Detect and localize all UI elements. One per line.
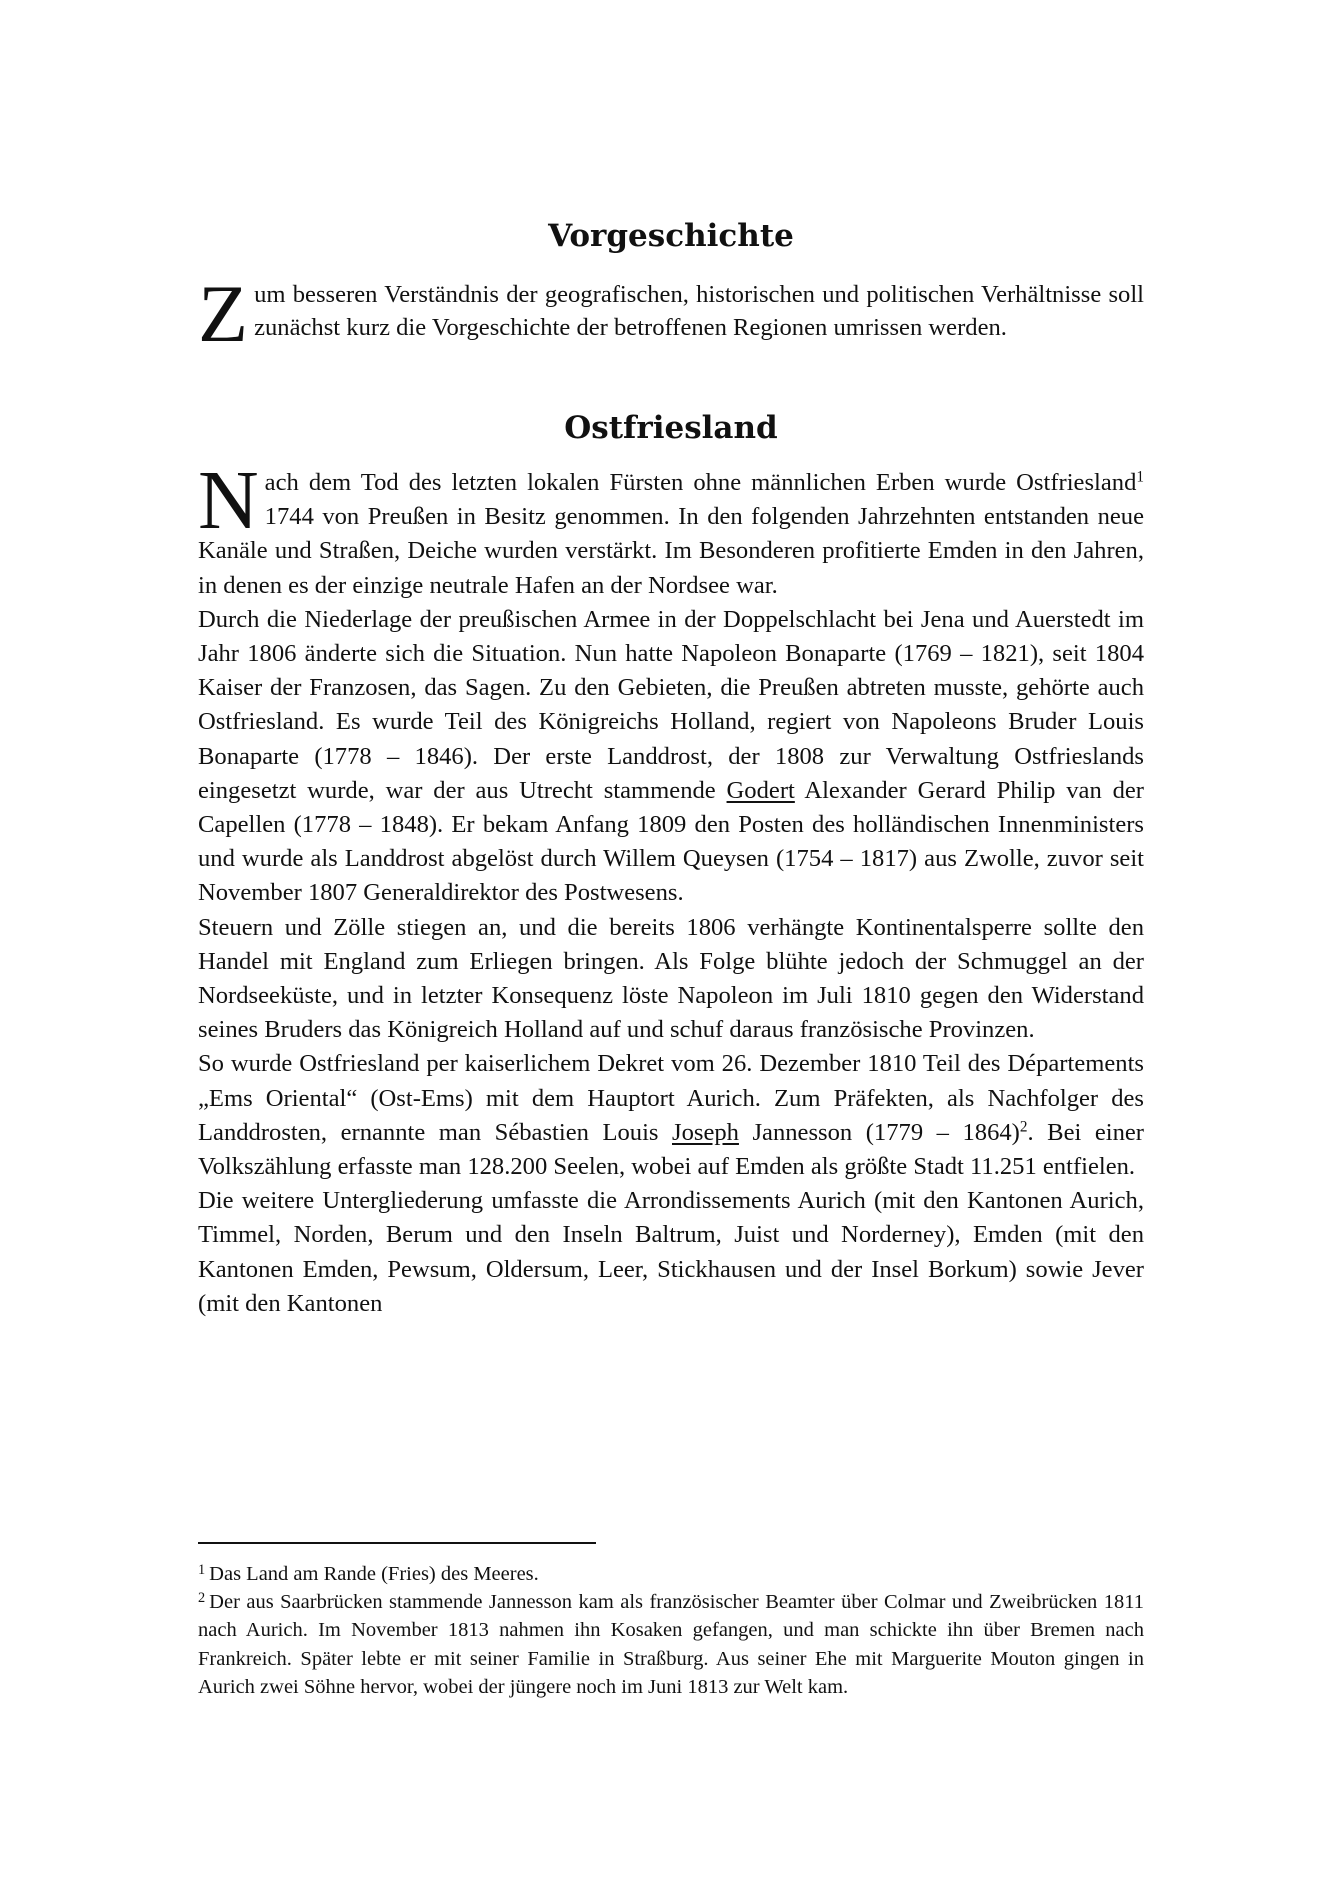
paragraph-2: Durch die Niederlage der preußischen Arm… [198, 603, 1144, 911]
section-heading-ostfriesland: Ostfriesland [198, 408, 1144, 448]
paragraph-text: ach dem Tod des letzten lokalen Fürsten … [265, 469, 1137, 496]
footnotes: 1Das Land am Rande (Fries) des Meeres. 2… [198, 1560, 1144, 1701]
paragraph-text: Durch die Niederlage der preußischen Arm… [198, 606, 1144, 804]
footnote-text: Das Land am Rande (Fries) des Meeres. [209, 1563, 539, 1585]
paragraph-4: So wurde Ostfriesland per kaiserlichem D… [198, 1047, 1144, 1184]
ostfriesland-body: Nach dem Tod des letzten lokalen Fürsten… [198, 466, 1144, 1321]
paragraph-5: Die weitere Untergliederung umfasste die… [198, 1184, 1144, 1321]
footnote-mark: 1 [198, 1562, 205, 1578]
underlined-name-joseph: Joseph [672, 1119, 739, 1146]
paragraph-text: 1744 von Preußen in Besitz genommen. In … [198, 503, 1144, 598]
paragraph-text: Jannesson (1779 – 1864) [739, 1119, 1020, 1146]
footnote-separator [198, 1542, 596, 1544]
paragraph: Zum besseren Verständnis der geografisch… [198, 279, 1144, 344]
section-heading-vorgeschichte: Vorgeschichte [198, 216, 1144, 256]
footnote-ref-1[interactable]: 1 [1136, 469, 1144, 486]
paragraph-1: Nach dem Tod des letzten lokalen Fürsten… [198, 466, 1144, 603]
footnote-1: 1Das Land am Rande (Fries) des Meeres. [198, 1560, 1144, 1588]
intro-paragraph: Zum besseren Verständnis der geografisch… [198, 279, 1144, 344]
paragraph-3: Steuern und Zölle stiegen an, und die be… [198, 911, 1144, 1048]
paragraph-text: um besseren Verständnis der geografische… [254, 281, 1144, 341]
footnote-mark: 2 [198, 1590, 205, 1606]
underlined-name-godert: Godert [727, 777, 795, 804]
footnote-2: 2Der aus Saarbrücken stammende Jannesson… [198, 1588, 1144, 1701]
footnote-text: Der aus Saarbrücken stammende Jannesson … [198, 1591, 1144, 1698]
drop-cap: Z [198, 284, 248, 344]
drop-cap: N [198, 470, 259, 532]
